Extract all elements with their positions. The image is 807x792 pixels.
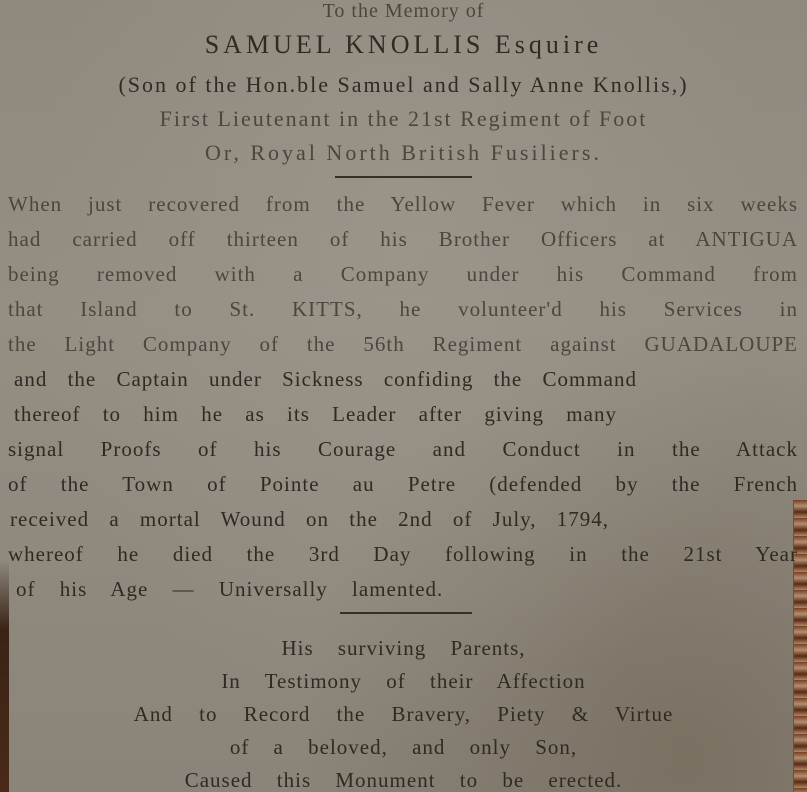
closing-line-1: His surviving Parents, [0, 636, 807, 661]
body-line-10: received a mortal Wound on the 2nd of Ju… [10, 507, 740, 532]
closing-line-5: Caused this Monument to be erected. [0, 768, 807, 792]
body-line-7: thereof to him he as its Leader after gi… [14, 402, 774, 427]
body-line-1: When just recovered from the Yellow Feve… [8, 192, 798, 217]
inscription-name: SAMUEL KNOLLIS Esquire [0, 30, 807, 60]
inscription-rank: First Lieutenant in the 21st Regiment of… [0, 106, 807, 132]
lower-divider [340, 612, 472, 614]
inscription-header-line1: To the Memory of [0, 0, 807, 23]
body-line-6: and the Captain under Sickness confiding… [14, 367, 774, 392]
body-line-11: whereof he died the 3rd Day following in… [8, 542, 798, 567]
closing-line-2: In Testimony of their Affection [0, 669, 807, 694]
inscription-regiment: Or, Royal North British Fusiliers. [0, 140, 807, 166]
body-line-12: of his Age — Universally lamented. [16, 577, 716, 602]
closing-line-3: And to Record the Bravery, Piety & Virtu… [0, 702, 807, 727]
body-line-8: signal Proofs of his Courage and Conduct… [8, 437, 798, 462]
body-line-4: that Island to St. KITTS, he volunteer'd… [8, 297, 798, 322]
body-line-2: had carried off thirteen of his Brother … [8, 227, 798, 252]
upper-divider [335, 176, 472, 178]
closing-line-4: of a beloved, and only Son, [0, 735, 807, 760]
body-line-3: being removed with a Company under his C… [8, 262, 798, 287]
body-line-9: of the Town of Pointe au Petre (defended… [8, 472, 798, 497]
inscription-parentage: (Son of the Hon.ble Samuel and Sally Ann… [0, 72, 807, 98]
body-line-5: the Light Company of the 56th Regiment a… [8, 332, 798, 357]
memorial-tablet: To the Memory of SAMUEL KNOLLIS Esquire … [0, 0, 807, 792]
